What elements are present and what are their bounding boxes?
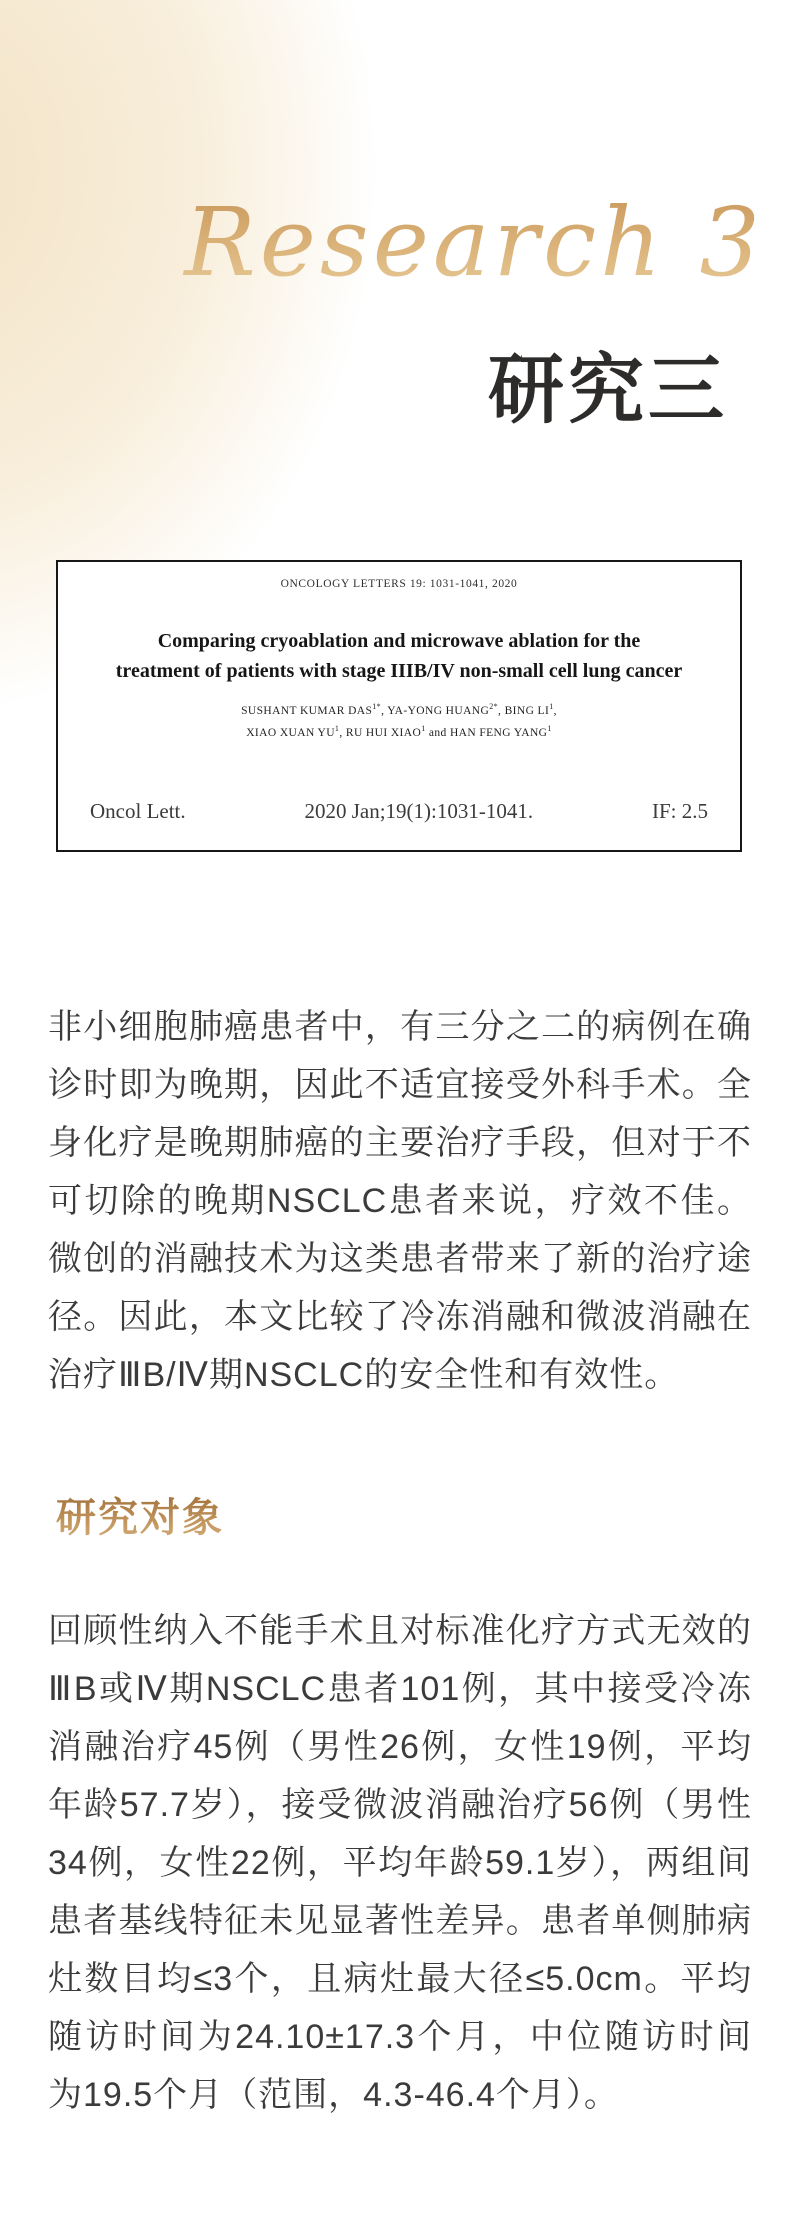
citation-impact-factor: IF: 2.5 (652, 798, 708, 824)
intro-paragraph: 非小细胞肺癌患者中，有三分之二的病例在确诊时即为晚期，因此不适宜接受外科手术。全… (48, 998, 752, 1404)
study-subjects-heading: 研究对象 (56, 1496, 224, 1540)
paper-citation-card: ONCOLOGY LETTERS 19: 1031-1041, 2020 Com… (56, 560, 742, 852)
paper-title: Comparing cryoablation and microwave abl… (74, 626, 724, 686)
journal-header: ONCOLOGY LETTERS 19: 1031-1041, 2020 (74, 576, 724, 592)
research-cn-title: 研究三 (0, 346, 800, 436)
paper-authors-line-2: XIAO XUAN YU1, RU HUI XIAO1 and HAN FENG… (74, 720, 724, 742)
citation-reference: 2020 Jan;19(1):1031-1041. (186, 798, 652, 824)
paper-title-line-1: Comparing cryoablation and microwave abl… (74, 626, 724, 656)
paper-authors-line-1: SUSHANT KUMAR DAS1*, YA-YONG HUANG2*, BI… (74, 698, 724, 720)
study-subjects-paragraph: 回顾性纳入不能手术且对标准化疗方式无效的ⅢB或Ⅳ期NSCLC患者101例，其中接… (48, 1602, 752, 2124)
research-script-title: Research 3 (0, 168, 800, 318)
paper-title-line-2: treatment of patients with stage IIIB/IV… (74, 656, 724, 686)
citation-journal-abbrev: Oncol Lett. (90, 798, 186, 824)
citation-footer: Oncol Lett. 2020 Jan;19(1):1031-1041. IF… (74, 798, 724, 824)
article-page: { "header": { "script_title": "Research … (0, 0, 800, 2230)
paper-authors: SUSHANT KUMAR DAS1*, YA-YONG HUANG2*, BI… (74, 698, 724, 742)
